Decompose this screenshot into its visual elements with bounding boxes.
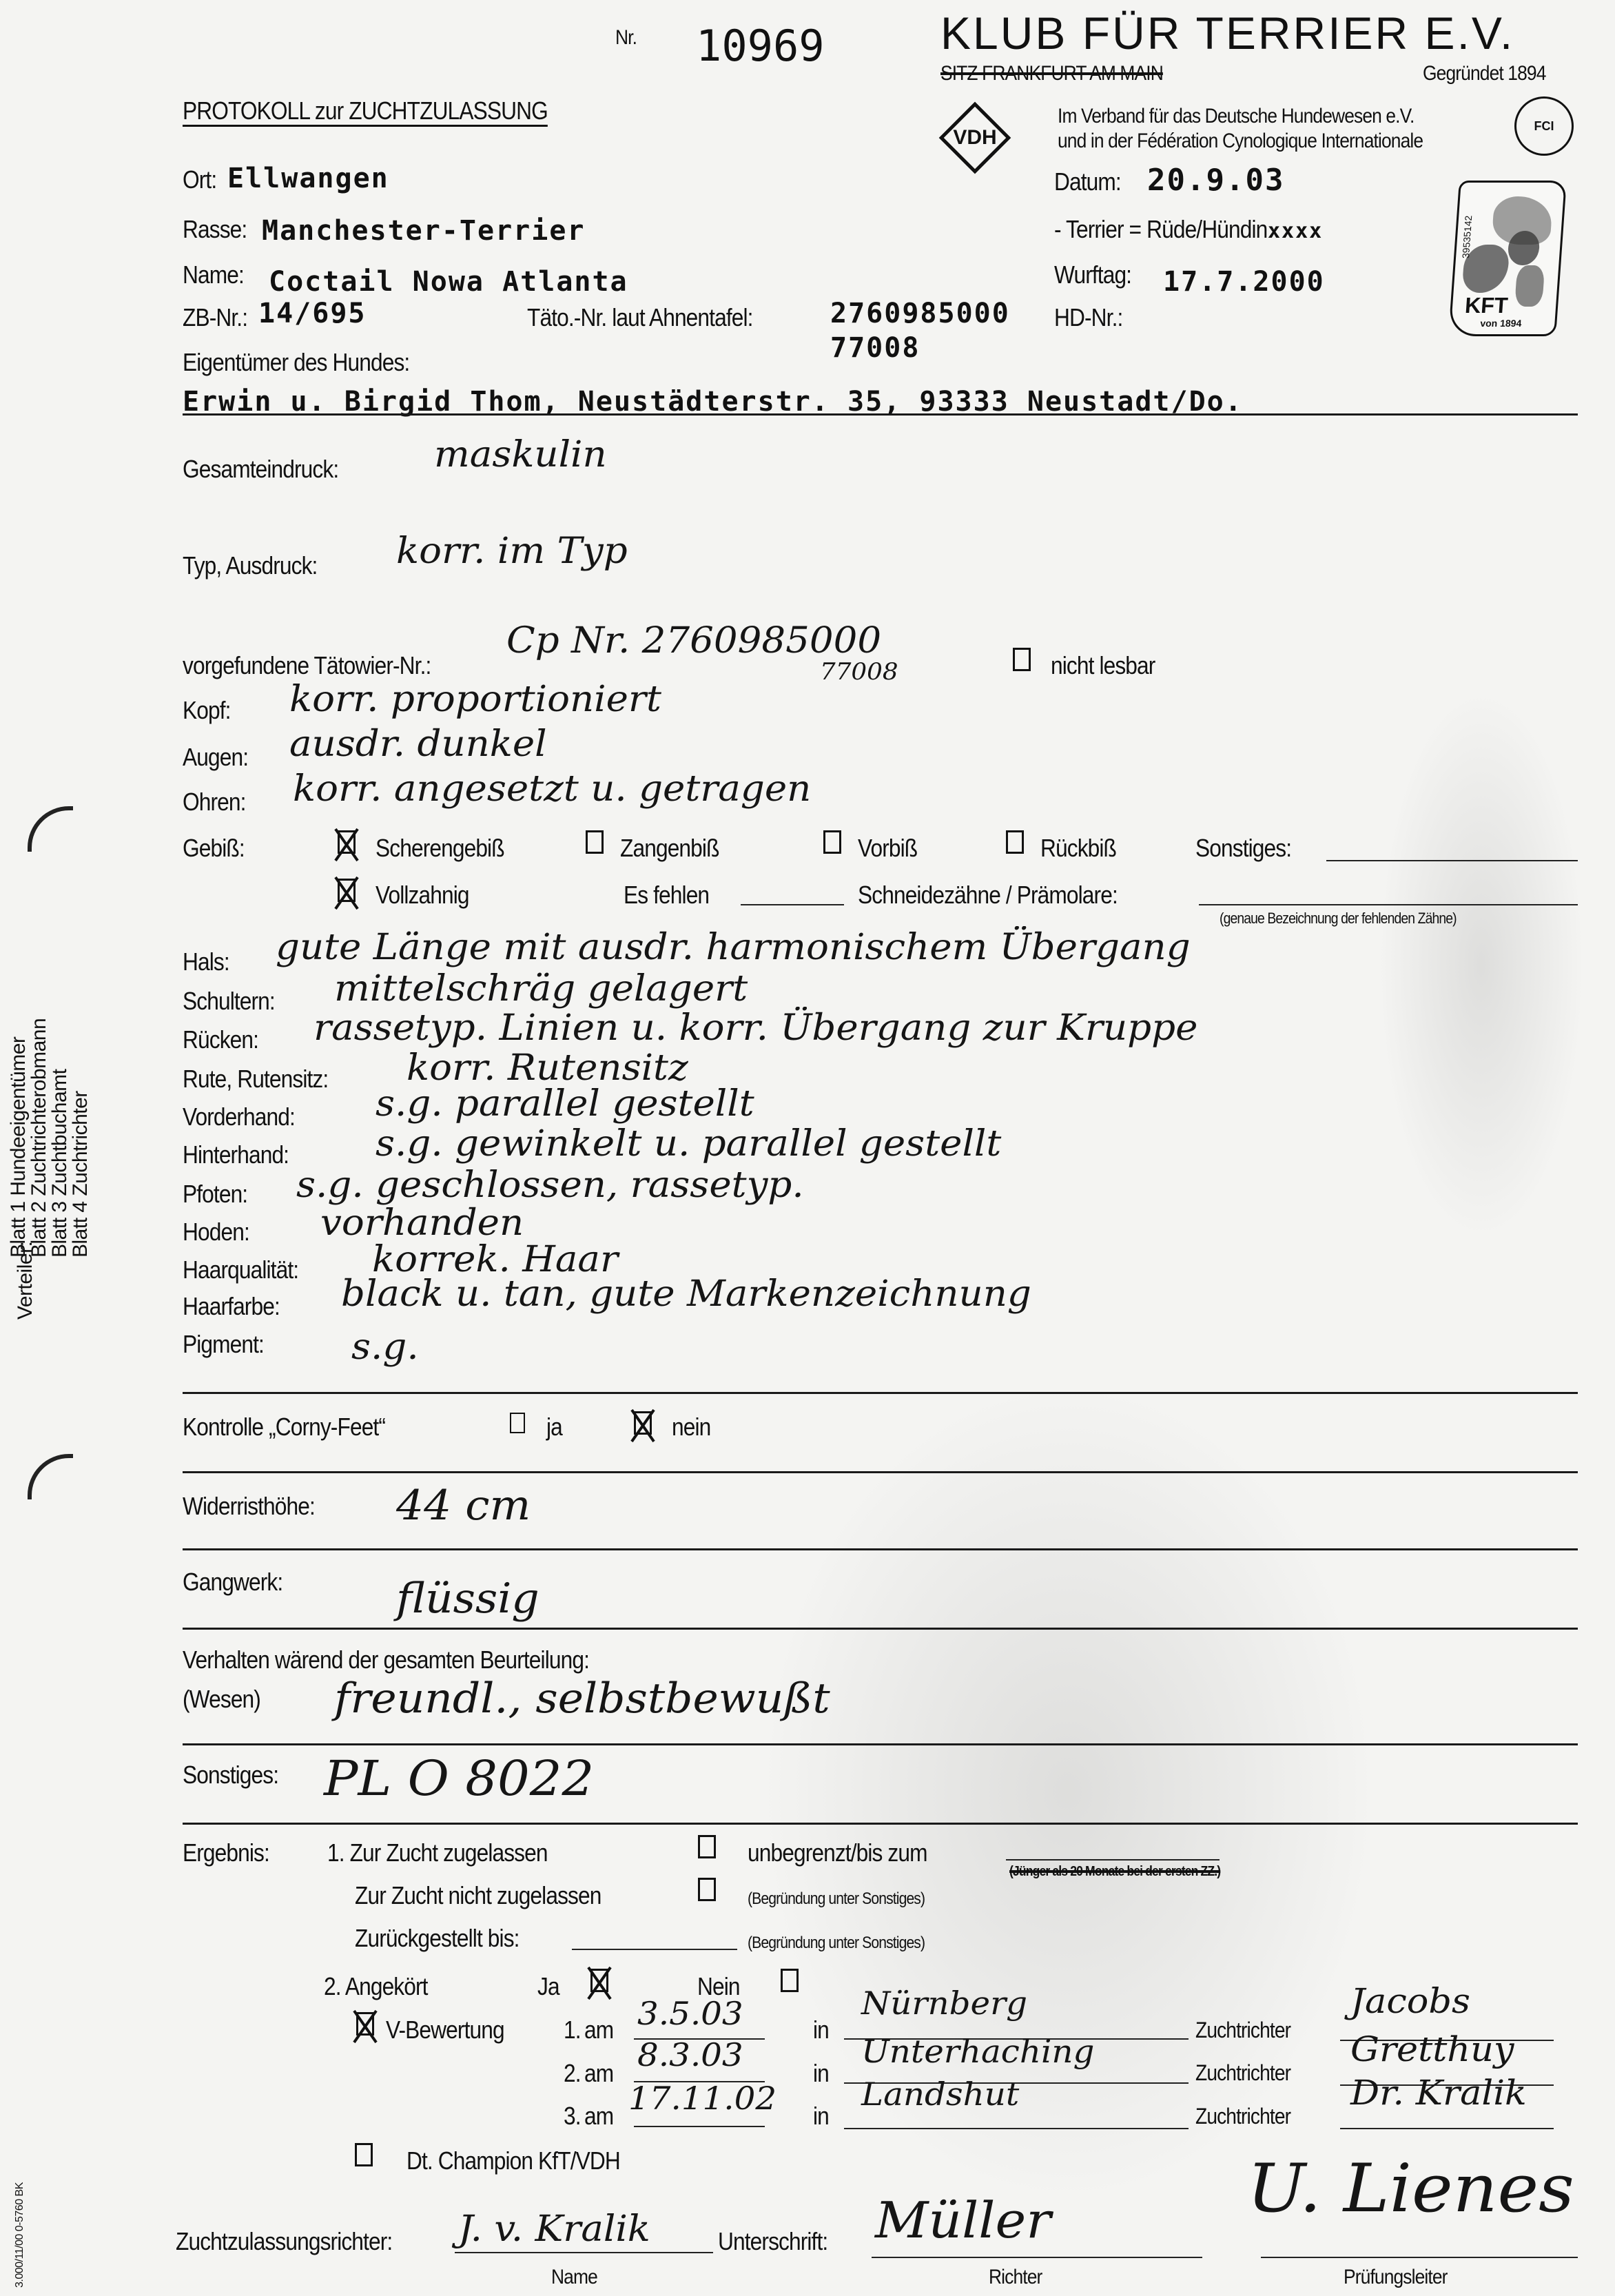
divider	[183, 1823, 1578, 1825]
v-rating-judge: Gretthuy	[1350, 2029, 1514, 2069]
champion-label: Dt. Champion KfT/VDH	[407, 2146, 620, 2175]
angekoert-ja-checkbox[interactable]	[590, 1969, 608, 1992]
pruefungsleiter-caption: Prüfungsleiter	[1344, 2266, 1448, 2289]
blatt-line-3: Blatt 3 Zuchtbuchamt	[48, 1069, 72, 1258]
v-rating-num: 2.	[564, 2059, 581, 2088]
zuchtzulassungsrichter-name: J. v. Kralik	[458, 2208, 650, 2250]
ohren-value: korr. angesetzt u. getragen	[293, 768, 811, 810]
kopf-value: korr. proportioniert	[289, 679, 661, 720]
kft-logo: KFT von 1894 39535142	[1448, 181, 1567, 336]
name-caption: Name	[551, 2266, 597, 2289]
nicht-lesbar-label: nicht lesbar	[1051, 651, 1155, 680]
richter-caption: Richter	[989, 2266, 1042, 2289]
club-name: KLUB FÜR TERRIER E.V.	[940, 7, 1514, 59]
nicht-lesbar-checkbox[interactable]	[1013, 648, 1031, 671]
v-rating-date: 3.5.03	[637, 1995, 743, 2032]
zb-nr-value: 14/695	[258, 298, 367, 329]
sonstiges-label: Sonstiges:	[183, 1761, 278, 1790]
scherengebiss-checkbox[interactable]	[338, 830, 356, 854]
nr-label: Nr.	[615, 26, 637, 50]
v-rating-date: 17.11.02	[628, 2080, 776, 2117]
vollzahnig-checkbox[interactable]	[338, 879, 356, 902]
vorderhand-label: Vorderhand:	[183, 1103, 295, 1131]
corny-ja-label: ja	[546, 1413, 562, 1442]
ort-value: Ellwangen	[227, 163, 389, 194]
judge-line	[1340, 2128, 1554, 2129]
v-rating-place: Landshut	[861, 2075, 1019, 2113]
zurueckgestellt-label: Zurückgestellt bis:	[355, 1924, 520, 1953]
am-label: am	[584, 2102, 613, 2131]
zugelassen-checkbox[interactable]	[698, 1835, 716, 1858]
v-rating-judge: Jacobs	[1350, 1981, 1470, 2021]
fehlende-zaehne-hint: (genaue Bezeichnung der fehlenden Zähne)	[1220, 910, 1457, 927]
nicht-zugelassen-label: Zur Zucht nicht zugelassen	[355, 1881, 601, 1910]
divider	[183, 1743, 1578, 1745]
ort-label: Ort:	[183, 165, 216, 194]
fci-logo: FCI	[1514, 96, 1574, 156]
hals-label: Hals:	[183, 947, 229, 976]
sex-label: - Terrier = Rüde/Hündin	[1054, 215, 1267, 244]
v-rating-judge: Dr. Kralik	[1350, 2073, 1527, 2113]
punch-hole-mark	[28, 1454, 73, 1499]
vollzahnig-label: Vollzahnig	[376, 881, 469, 910]
taetowier-label: vorgefundene Tätowier-Nr.:	[183, 651, 431, 680]
unbegrenzt-line[interactable]	[1006, 1859, 1220, 1861]
blatt-line-4: Blatt 4 Zuchtrichter	[69, 1091, 92, 1258]
affiliation-line-1: Im Verband für das Deutsche Hundewesen e…	[1058, 105, 1414, 128]
kopf-label: Kopf:	[183, 696, 231, 725]
begruendung-hint-2: (Begründung unter Sonstiges)	[748, 1934, 925, 1953]
name-label: Name:	[183, 260, 244, 289]
rueckbiss-checkbox[interactable]	[1006, 830, 1024, 854]
hd-nr-label: HD-Nr.:	[1054, 303, 1122, 332]
tato-value-line-2: 77008	[830, 332, 920, 364]
typ-value: korr. im Typ	[396, 531, 628, 572]
zangenbiss-label: Zangenbiß	[620, 834, 719, 863]
blatt-line-1: Blatt 1 Hundeeigentümer	[7, 1037, 30, 1258]
rute-label: Rute, Rutensitz:	[183, 1065, 328, 1094]
taetowier-value-line-1: Cp Nr. 2760985000	[506, 620, 881, 662]
corny-nein-checkbox[interactable]	[634, 1411, 652, 1435]
corny-ja-checkbox[interactable]	[510, 1413, 525, 1433]
vorderhand-value: s.g. parallel gestellt	[376, 1083, 754, 1125]
ergebnis-label: Ergebnis:	[183, 1838, 269, 1867]
widerrist-label: Widerristhöhe:	[183, 1492, 315, 1521]
gangwerk-value: flüssig	[396, 1575, 539, 1623]
hoden-label: Hoden:	[183, 1218, 249, 1247]
zuchtrichter-label: Zuchtrichter	[1195, 2018, 1290, 2043]
sonstiges-gebiss-line[interactable]	[1326, 860, 1578, 861]
augen-label: Augen:	[183, 743, 248, 772]
scan-shadow	[1378, 689, 1585, 1240]
v-rating-date: 8.3.03	[637, 2036, 743, 2073]
pruefungsleiter-line	[1261, 2257, 1578, 2258]
divider	[183, 1471, 1578, 1473]
angekoert-label: 2. Angekört	[324, 1972, 428, 2001]
owner-line	[183, 413, 1578, 416]
haarfarbe-value: black u. tan, gute Markenzeichnung	[341, 1273, 1031, 1315]
rasse-label: Rasse:	[183, 215, 247, 244]
ja-label: Ja	[537, 1972, 559, 2001]
rute-value: korr. Rutensitz	[407, 1047, 688, 1089]
divider	[183, 1392, 1578, 1394]
corny-nein-label: nein	[672, 1413, 710, 1442]
date-line	[634, 2126, 765, 2127]
vorbiss-label: Vorbiß	[858, 834, 917, 863]
am-label: am	[584, 2016, 613, 2044]
pruefungsleiter-signature: U. Lienes	[1247, 2150, 1574, 2227]
sonstiges-gebiss-label: Sonstiges:	[1195, 834, 1291, 863]
hinterhand-value: s.g. gewinkelt u. parallel gestellt	[376, 1123, 1001, 1165]
in-label: in	[813, 2102, 829, 2131]
am-label: am	[584, 2059, 613, 2088]
wurftag-value: 17.7.2000	[1163, 266, 1325, 298]
club-seat: SITZ FRANKFURT AM MAIN	[940, 62, 1163, 85]
zuchtrichter-label: Zuchtrichter	[1195, 2104, 1290, 2129]
print-code: 3.000/11/00 0-5760 BK	[14, 2182, 26, 2288]
taetowier-value-line-2: 77008	[820, 658, 898, 686]
datum-label: Datum:	[1054, 167, 1121, 196]
vdh-logo: VDH	[937, 100, 1013, 176]
affiliation-line-2: und in der Fédération Cynologique Intern…	[1058, 130, 1423, 153]
place-line	[844, 2128, 1189, 2129]
name-value: Coctail Nowa Atlanta	[269, 266, 628, 298]
form-title: PROTOKOLL zur ZUCHTZULASSUNG	[183, 96, 548, 125]
in-label: in	[813, 2016, 829, 2044]
begruendung-hint: (Begründung unter Sonstiges)	[748, 1889, 925, 1909]
schneidezaehne-label: Schneidezähne / Prämolare:	[858, 881, 1118, 910]
unterschrift-label: Unterschrift:	[718, 2227, 827, 2256]
corny-feet-label: Kontrolle „Corny-Feet“	[183, 1413, 385, 1442]
gesamteindruck-value: maskulin	[434, 434, 607, 475]
divider	[183, 1548, 1578, 1550]
unbegrenzt-label: unbegrenzt/bis zum	[748, 1838, 927, 1867]
zugelassen-label: 1. Zur Zucht zugelassen	[327, 1838, 548, 1867]
ruecken-label: Rücken:	[183, 1025, 258, 1054]
es-fehlen-label: Es fehlen	[624, 881, 709, 910]
schultern-label: Schultern:	[183, 987, 275, 1016]
pigment-value: s.g.	[351, 1326, 419, 1368]
wurftag-label: Wurftag:	[1054, 260, 1131, 289]
hoden-value: vorhanden	[320, 1202, 524, 1244]
v-rating-place: Nürnberg	[861, 1985, 1027, 2022]
vorbiss-checkbox[interactable]	[823, 830, 841, 854]
angekoert-nein-checkbox[interactable]	[781, 1969, 799, 1992]
pfoten-value: s.g. geschlossen, rassetyp.	[296, 1165, 804, 1206]
name-line	[455, 2252, 713, 2253]
form-number: 10969	[696, 21, 825, 71]
v-bewertung-label: V-Bewertung	[386, 2016, 504, 2044]
hals-value: gute Länge mit ausdr. harmonischem Überg…	[276, 927, 1191, 968]
richter-line	[872, 2257, 1202, 2258]
wesen-value: freundl., selbstbewußt	[334, 1674, 830, 1723]
schneidezaehne-line[interactable]	[1199, 904, 1578, 905]
pfoten-label: Pfoten:	[183, 1180, 247, 1209]
zurueckgestellt-line[interactable]	[572, 1949, 737, 1950]
punch-hole-mark	[28, 806, 73, 852]
wesen-label: (Wesen)	[183, 1685, 260, 1714]
scherengebiss-label: Scherengebiß	[376, 834, 504, 863]
hinterhand-label: Hinterhand:	[183, 1140, 289, 1169]
verhalten-label: Verhalten wärend der gesamten Beurteilun…	[183, 1646, 589, 1674]
haarqualitaet-label: Haarqualität:	[183, 1255, 298, 1284]
tato-value-line-1: 2760985000	[830, 298, 1010, 329]
v-rating-num: 1.	[564, 2016, 581, 2044]
tato-label: Täto.-Nr. laut Ahnentafel:	[527, 303, 753, 332]
ohren-label: Ohren:	[183, 788, 246, 817]
founded-year: Gegründet 1894	[1423, 62, 1546, 85]
sonstiges-value: PL O 8022	[324, 1750, 594, 1807]
datum-value: 20.9.03	[1147, 163, 1284, 198]
pigment-label: Pigment:	[183, 1330, 264, 1359]
gesamteindruck-label: Gesamteindruck:	[183, 455, 338, 484]
rasse-value: Manchester-Terrier	[262, 215, 585, 247]
typ-label: Typ, Ausdruck:	[183, 551, 317, 580]
champion-checkbox[interactable]	[355, 2143, 373, 2166]
zuchtzulassungsrichter-label: Zuchtzulassungsrichter:	[176, 2227, 392, 2256]
v-bewertung-checkbox[interactable]	[356, 2012, 374, 2036]
zangenbiss-checkbox[interactable]	[586, 830, 604, 854]
owner-label: Eigentümer des Hundes:	[183, 348, 409, 377]
zb-nr-label: ZB-Nr.:	[183, 303, 247, 332]
juenger-hint: (Jünger als 20 Monate bei der ersten ZZ.…	[1009, 1864, 1220, 1880]
nicht-zugelassen-checkbox[interactable]	[698, 1878, 716, 1901]
v-rating-num: 3.	[564, 2102, 581, 2131]
in-label: in	[813, 2059, 829, 2088]
v-rating-place: Unterhaching	[861, 2033, 1094, 2070]
richter-signature: Müller	[875, 2191, 1051, 2249]
augen-value: ausdr. dunkel	[289, 724, 547, 765]
gebiss-label: Gebiß:	[183, 834, 245, 863]
divider	[183, 1628, 1578, 1630]
schultern-value: mittelschräg gelagert	[334, 968, 748, 1009]
es-fehlen-line[interactable]	[741, 904, 844, 905]
blatt-line-2: Blatt 2 Zuchtrichterobmann	[28, 1018, 51, 1258]
zuchtrichter-label: Zuchtrichter	[1195, 2060, 1290, 2086]
haarfarbe-label: Haarfarbe:	[183, 1292, 280, 1321]
rueckbiss-label: Rückbiß	[1040, 834, 1116, 863]
sex-strike-value: xxxx	[1268, 219, 1323, 243]
ruecken-value: rassetyp. Linien u. korr. Übergang zur K…	[313, 1007, 1197, 1049]
gangwerk-label: Gangwerk:	[183, 1568, 282, 1597]
widerrist-value: 44 cm	[396, 1482, 531, 1530]
